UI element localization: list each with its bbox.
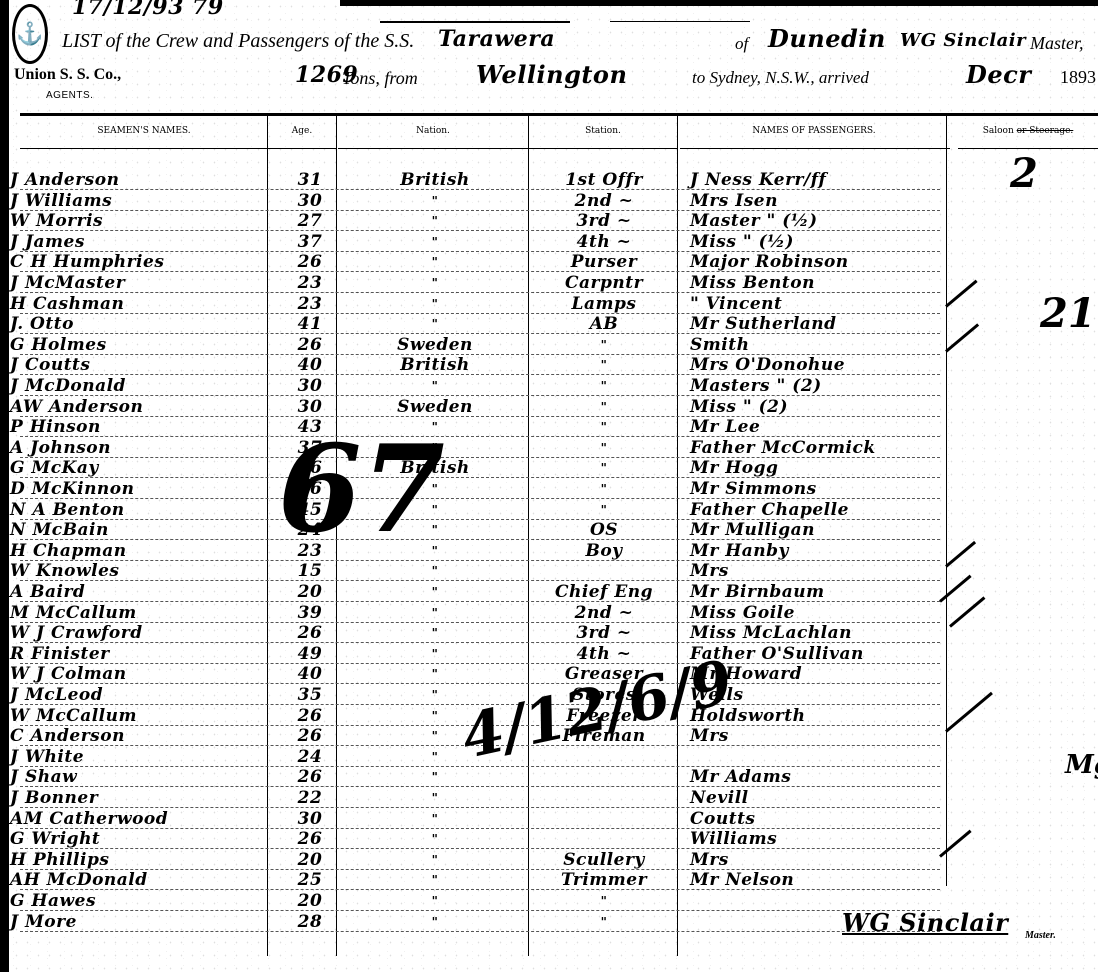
seaman-age: 40 [290, 355, 330, 375]
seaman-age: 26 [290, 767, 330, 787]
seaman-name: W Morris [10, 211, 103, 231]
seaman-age: 26 [290, 623, 330, 643]
seaman-nation: " [340, 273, 530, 293]
header-station: Station. [528, 126, 678, 136]
passenger-name: Father McCormick [690, 438, 950, 458]
departure-port: Wellington [476, 60, 627, 89]
seaman-name: W J Crawford [10, 623, 143, 643]
check-tick [945, 692, 993, 733]
check-tick [949, 596, 985, 627]
passenger-name: Smith [690, 335, 950, 355]
seaman-nation: " [340, 829, 530, 849]
top-heavy-rule [340, 0, 1098, 6]
seaman-station: Purser [530, 252, 678, 272]
seaman-name: J Williams [10, 191, 112, 211]
seaman-nation: " [340, 623, 530, 643]
seaman-nation: " [340, 912, 530, 932]
seaman-station: Boy [530, 541, 678, 561]
seaman-station: 2nd ~ [530, 191, 678, 211]
tons-from-label: Tons, from [342, 68, 418, 89]
scan-left-edge [0, 0, 9, 972]
seaman-age: 26 [290, 829, 330, 849]
seaman-age: 37 [290, 232, 330, 252]
seaman-age: 15 [290, 561, 330, 581]
header-rule-class [958, 148, 1098, 149]
seaman-age: 35 [290, 685, 330, 705]
seaman-nation: British [340, 170, 530, 190]
seaman-age: 25 [290, 870, 330, 890]
seaman-nation: Sweden [340, 397, 530, 417]
passenger-name: Father O'Sullivan [690, 644, 950, 664]
header-rule-age [268, 148, 336, 149]
seaman-station: OS [530, 520, 678, 540]
seaman-station: Trimmer [530, 870, 678, 890]
seaman-nation: " [340, 788, 530, 808]
seaman-station: " [530, 458, 678, 478]
seaman-name: P Hinson [10, 417, 101, 437]
header-or-steerage: or Steerage. [1017, 126, 1074, 136]
seaman-station: " [530, 891, 678, 911]
seaman-name: J McLeod [10, 685, 103, 705]
seaman-age: 41 [290, 314, 330, 334]
seaman-age: 31 [290, 170, 330, 190]
seaman-station: " [530, 397, 678, 417]
seaman-age: 39 [290, 603, 330, 623]
seaman-name: R Finister [10, 644, 110, 664]
seaman-age: 26 [290, 706, 330, 726]
seaman-name: AW Anderson [10, 397, 143, 417]
anchor-seal-icon: ⚓ [12, 4, 48, 64]
seaman-nation: " [340, 232, 530, 252]
seaman-age: 26 [290, 726, 330, 746]
passenger-name: Mr Birnbaum [690, 582, 950, 602]
seaman-nation: " [340, 891, 530, 911]
header-age: Age. [268, 126, 336, 136]
passenger-name: Miss " (2) [690, 397, 950, 417]
ship-name-underline-right [610, 21, 750, 22]
seaman-station: Carpntr [530, 273, 678, 293]
passenger-name: Miss Benton [690, 273, 950, 293]
seaman-name: A Baird [10, 582, 85, 602]
seaman-name: J. Otto [10, 314, 74, 334]
check-tick [945, 323, 979, 352]
seaman-station: 2nd ~ [530, 603, 678, 623]
seaman-age: 26 [290, 335, 330, 355]
passenger-name: Miss McLachlan [690, 623, 950, 643]
seaman-name: AH McDonald [10, 870, 148, 890]
seaman-nation: " [340, 870, 530, 890]
passenger-name: Mrs O'Donohue [690, 355, 950, 375]
header-rule-passengers [680, 148, 950, 149]
seaman-age: 30 [290, 397, 330, 417]
header-saloon: Saloon [983, 126, 1014, 136]
seaman-name: J Coutts [10, 355, 90, 375]
header-nation: Nation. [338, 126, 528, 136]
seaman-age: 26 [290, 252, 330, 272]
header-passenger-names: NAMES OF PASSENGERS. [680, 126, 948, 136]
seaman-nation: " [340, 252, 530, 272]
seaman-name: J White [10, 747, 84, 767]
master-name: WG Sinclair [900, 30, 1026, 51]
seaman-name: J James [10, 232, 85, 252]
seaman-nation: " [340, 211, 530, 231]
seaman-name: G McKay [10, 458, 99, 478]
seaman-station: Scullery [530, 850, 678, 870]
form-title: LIST of the Crew and Passengers of the S… [62, 30, 414, 53]
header-rule-nation [338, 148, 528, 149]
seaman-nation: " [340, 850, 530, 870]
seaman-station: AB [530, 314, 678, 334]
seaman-name: D McKinnon [10, 479, 134, 499]
saloon-mark-mid: 21 [1040, 290, 1096, 337]
seaman-age: 22 [290, 788, 330, 808]
seaman-name: J McDonald [10, 376, 126, 396]
passenger-name: Mrs [690, 850, 950, 870]
seaman-station: " [530, 376, 678, 396]
seaman-station: " [530, 335, 678, 355]
seaman-name: W McCallum [10, 706, 137, 726]
seaman-age: 27 [290, 211, 330, 231]
seaman-name: H Phillips [10, 850, 109, 870]
seaman-name: W Knowles [10, 561, 119, 581]
seaman-name: J More [10, 912, 77, 932]
seaman-age: 23 [290, 294, 330, 314]
seaman-nation: " [340, 582, 530, 602]
agents-label: AGENTS. [46, 90, 93, 101]
seaman-age: 24 [290, 747, 330, 767]
of-label: of [735, 34, 748, 54]
passenger-name: Coutts [690, 809, 950, 829]
seaman-station: " [530, 438, 678, 458]
seaman-name: A Johnson [10, 438, 111, 458]
passenger-name: Master " (½) [690, 211, 950, 231]
seaman-name: H Chapman [10, 541, 127, 561]
passenger-name: Mrs Isen [690, 191, 950, 211]
passenger-name: Miss Goile [690, 603, 950, 623]
seaman-station: " [530, 355, 678, 375]
seaman-name: J Bonner [10, 788, 98, 808]
passenger-name: Mrs [690, 561, 950, 581]
header-rule-seamen [20, 148, 268, 149]
seaman-name: J Shaw [10, 767, 77, 787]
seaman-nation: " [340, 664, 530, 684]
seaman-station: " [530, 479, 678, 499]
seaman-name: N A Benton [10, 500, 125, 520]
seaman-name: M McCallum [10, 603, 137, 623]
agent-company: Union S. S. Co., [14, 66, 121, 84]
passenger-name: " Vincent [690, 294, 950, 314]
header-class: Saloon or Steerage. [958, 126, 1098, 136]
seaman-station: " [530, 912, 678, 932]
seaman-name: AM Catherwood [10, 809, 168, 829]
seaman-station: 3rd ~ [530, 211, 678, 231]
seaman-age: 20 [290, 891, 330, 911]
seaman-name: G Hawes [10, 891, 96, 911]
header-rule-station [528, 148, 678, 149]
passenger-name: Major Robinson [690, 252, 950, 272]
passenger-name: J Ness Kerr/ff [690, 170, 950, 190]
signature-master-label: Master. [1025, 930, 1056, 941]
passenger-name: Mr Sutherland [690, 314, 950, 334]
seaman-station: Chief Eng [530, 582, 678, 602]
seaman-station: 3rd ~ [530, 623, 678, 643]
seaman-name: G Holmes [10, 335, 107, 355]
seaman-age: 23 [290, 273, 330, 293]
passenger-name: Mr Adams [690, 767, 950, 787]
seaman-nation: British [340, 355, 530, 375]
column-divider [267, 116, 268, 956]
passenger-name: Mr Hogg [690, 458, 950, 478]
seaman-station: " [530, 500, 678, 520]
seaman-nation: " [340, 809, 530, 829]
passenger-name: Masters " (2) [690, 376, 950, 396]
passenger-name: Nevill [690, 788, 950, 808]
passenger-name: Williams [690, 829, 950, 849]
seaman-name: N McBain [10, 520, 109, 540]
passenger-name: Mr Nelson [690, 870, 950, 890]
large-ditto-annotation: 67 [278, 430, 445, 550]
master-label: Master, [1030, 33, 1084, 54]
passenger-name: Mr Simmons [690, 479, 950, 499]
seaman-age: 30 [290, 191, 330, 211]
seaman-name: C Anderson [10, 726, 125, 746]
seaman-station: 1st Offr [530, 170, 678, 190]
seaman-age: 20 [290, 850, 330, 870]
passenger-name: Father Chapelle [690, 500, 950, 520]
seaman-age: 49 [290, 644, 330, 664]
seaman-nation: " [340, 376, 530, 396]
seaman-nation: " [340, 191, 530, 211]
passenger-name: Miss " (½) [690, 232, 950, 252]
seaman-station: 4th ~ [530, 232, 678, 252]
arrival-year: 1893 [1060, 67, 1096, 88]
passenger-name: Mr Mulligan [690, 520, 950, 540]
seaman-nation: " [340, 294, 530, 314]
ship-name: Tarawera [438, 26, 555, 52]
pencil-date-note: 17/12/93 79 [72, 0, 224, 20]
saloon-mark-top: 2 [1010, 150, 1038, 197]
seaman-nation: Sweden [340, 335, 530, 355]
passenger-name: Mrs [690, 726, 950, 746]
passenger-name: Mr Hanby [690, 541, 950, 561]
side-note: Mge [1065, 750, 1098, 780]
seaman-name: J McMaster [10, 273, 125, 293]
seaman-name: G Wright [10, 829, 100, 849]
seaman-age: 20 [290, 582, 330, 602]
seaman-nation: " [340, 644, 530, 664]
seaman-station: Lamps [530, 294, 678, 314]
master-signature: WG Sinclair [842, 908, 1008, 937]
seaman-age: 40 [290, 664, 330, 684]
seaman-nation: " [340, 603, 530, 623]
seaman-nation: " [340, 314, 530, 334]
home-port: Dunedin [768, 24, 886, 53]
destination-label: to Sydney, N.S.W., arrived [692, 68, 869, 88]
seaman-name: H Cashman [10, 294, 124, 314]
seaman-age: 30 [290, 376, 330, 396]
seaman-age: 30 [290, 809, 330, 829]
seaman-station: " [530, 417, 678, 437]
seaman-age: 28 [290, 912, 330, 932]
seaman-nation: " [340, 767, 530, 787]
seaman-name: C H Humphries [10, 252, 164, 272]
seaman-nation: " [340, 561, 530, 581]
header-seamen-names: SEAMEN'S NAMES. [20, 126, 268, 136]
seaman-name: W J Colman [10, 664, 127, 684]
table-top-rule [20, 113, 1098, 116]
seaman-name: J Anderson [10, 170, 119, 190]
passenger-name: Mr Lee [690, 417, 950, 437]
arrival-month: Decr [966, 60, 1031, 89]
ship-name-underline [380, 21, 570, 23]
